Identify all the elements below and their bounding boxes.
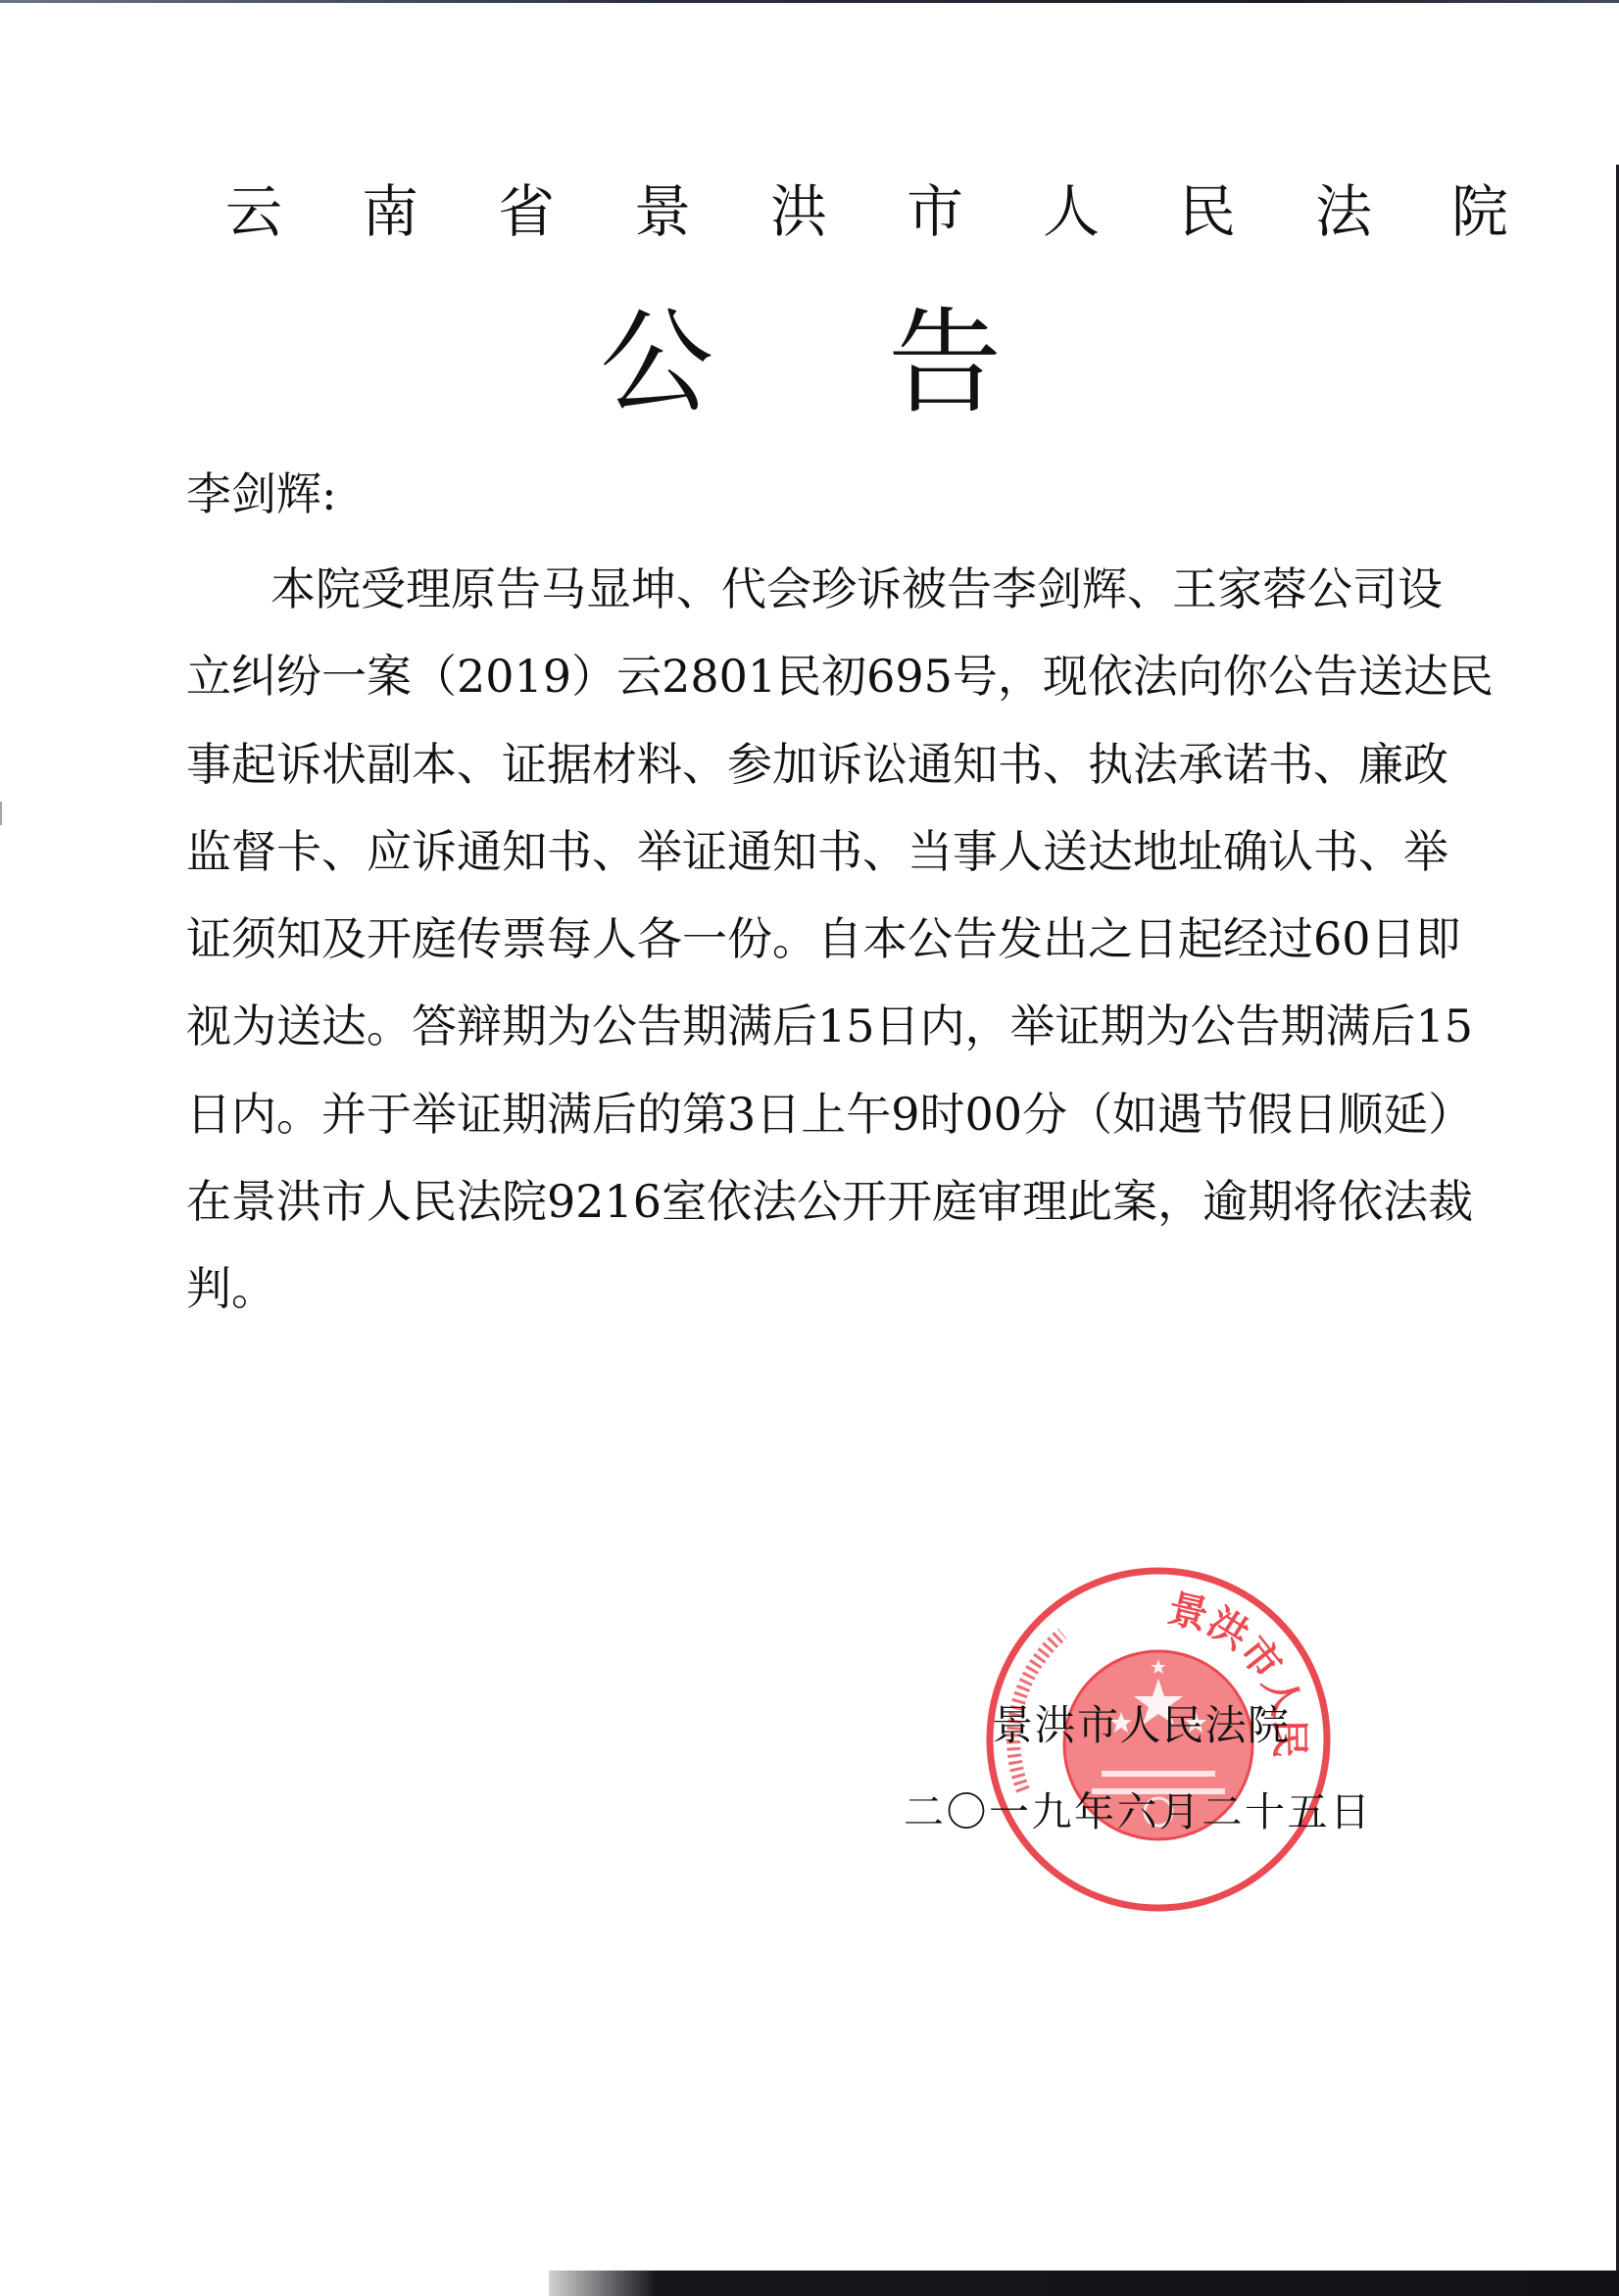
- signature-issuer: 景洪市人民法院: [992, 1699, 1291, 1752]
- body-line: 证须知及开庭传票每人各一份。自本公告发出之日起经过60日即: [186, 909, 1421, 997]
- body-line: 判。: [186, 1259, 1421, 1346]
- body-line: 日内。并于举证期满后的第3日上午9时00分（如遇节假日顺延）: [186, 1085, 1421, 1172]
- body-line: 在景洪市人民法院9216室依法公开开庭审理此案，逾期将依法裁: [186, 1172, 1421, 1259]
- body-line: 事起诉状副本、证据材料、参加诉讼通知书、执法承诺书、廉政: [186, 735, 1421, 822]
- body-line: 视为送达。答辩期为公告期满后15日内，举证期为公告期满后15: [186, 997, 1421, 1084]
- signature-date: 二〇一九年六月二十五日: [904, 1785, 1373, 1838]
- body-line: 本院受理原告马显坤、代会珍诉被告李剑辉、王家蓉公司设: [186, 560, 1421, 647]
- body-line: 监督卡、应诉通知书、举证通知书、当事人送达地址确认书、举: [186, 822, 1421, 909]
- scan-artifact-mark: [0, 802, 2, 825]
- body-line: 立纠纷一案（2019）云2801民初695号，现依法向你公告送达民: [186, 647, 1421, 734]
- scan-edge-bottom: [549, 2271, 1619, 2296]
- scan-edge-top: [0, 0, 1619, 3]
- court-name-title: 云南省景洪市人民法院: [225, 172, 1441, 251]
- salutation-addressee: 李剑辉:: [186, 464, 337, 523]
- notice-heading: 公告: [600, 290, 1176, 437]
- notice-body: 本院受理原告马显坤、代会珍诉被告李剑辉、王家蓉公司设 立纠纷一案（2019）云2…: [186, 560, 1421, 1346]
